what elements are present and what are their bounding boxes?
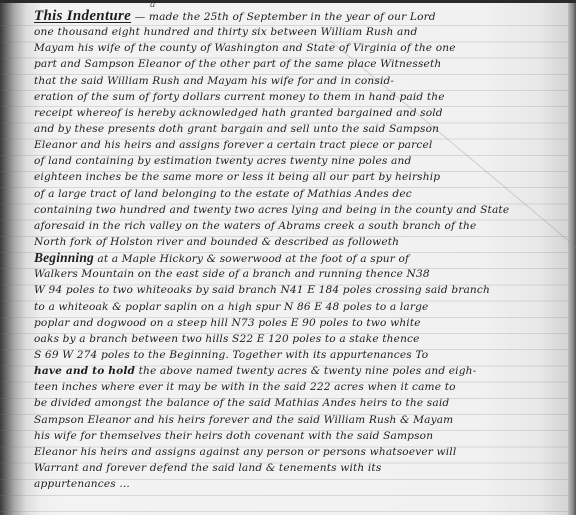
deed-line-8: and by these presents doth grant bargain…: [34, 121, 562, 137]
deed-line-15: North fork of Holston river and bounded …: [34, 234, 562, 250]
deed-line-9: Eleanor and his heirs and assigns foreve…: [34, 137, 562, 153]
deed-line-22: S 69 W 274 poles to the Beginning. Toget…: [34, 347, 562, 363]
document-page: a This Indenture — made the 25th of Sept…: [0, 0, 576, 515]
deed-line-14: aforesaid in the rich valley on the wate…: [34, 218, 562, 234]
deed-line-29: Warrant and forever defend the said land…: [34, 460, 562, 476]
deed-line-18: W 94 poles to two whiteoaks by said bran…: [34, 282, 562, 298]
deed-line-26: Sampson Eleanor and his heirs forever an…: [34, 412, 562, 428]
deed-line-23: have and to hold the above named twenty …: [34, 363, 562, 379]
habendum-heading: have and to hold: [34, 365, 135, 377]
beginning-heading: Beginning: [34, 250, 94, 265]
deed-line-4: part and Sampson Eleanor of the other pa…: [34, 56, 562, 72]
deed-line-21: oaks by a branch between two hills S22 E…: [34, 331, 562, 347]
deed-line-25: be divided amongst the balance of the sa…: [34, 395, 562, 411]
deed-line-30: appurtenances ...: [34, 476, 562, 492]
deed-line-17: Walkers Mountain on the east side of a b…: [34, 266, 562, 282]
deed-line-3: Mayam his wife of the county of Washingt…: [34, 40, 562, 56]
deed-line-24: teen inches where ever it may be with in…: [34, 379, 562, 395]
deed-line-28: Eleanor his heirs and assigns against an…: [34, 444, 562, 460]
deed-line-6: eration of the sum of forty dollars curr…: [34, 89, 562, 105]
deed-line-11: eighteen inches be the same more or less…: [34, 169, 562, 185]
deed-text: This Indenture — made the 25th of Septem…: [34, 8, 562, 492]
deed-line-10: of land containing by estimation twenty …: [34, 153, 562, 169]
page-right-edge: [568, 0, 576, 515]
deed-line-27: his wife for themselves their heirs doth…: [34, 428, 562, 444]
deed-line-2: one thousand eight hundred and thirty si…: [34, 24, 562, 40]
deed-heading: This Indenture: [34, 8, 131, 24]
deed-line-12: of a large tract of land belonging to th…: [34, 186, 562, 202]
deed-line-1: This Indenture — made the 25th of Septem…: [34, 8, 562, 24]
deed-line-16: Beginning at a Maple Hickory & sowerwood…: [34, 250, 562, 266]
deed-line-20: poplar and dogwood on a steep hill N73 p…: [34, 315, 562, 331]
deed-line-5: that the said William Rush and Mayam his…: [34, 73, 562, 89]
deed-line-19: to a whiteoak & poplar saplin on a high …: [34, 299, 562, 315]
deed-line-13: containing two hundred and twenty two ac…: [34, 202, 562, 218]
deed-line-7: receipt whereof is hereby acknowledged h…: [34, 105, 562, 121]
